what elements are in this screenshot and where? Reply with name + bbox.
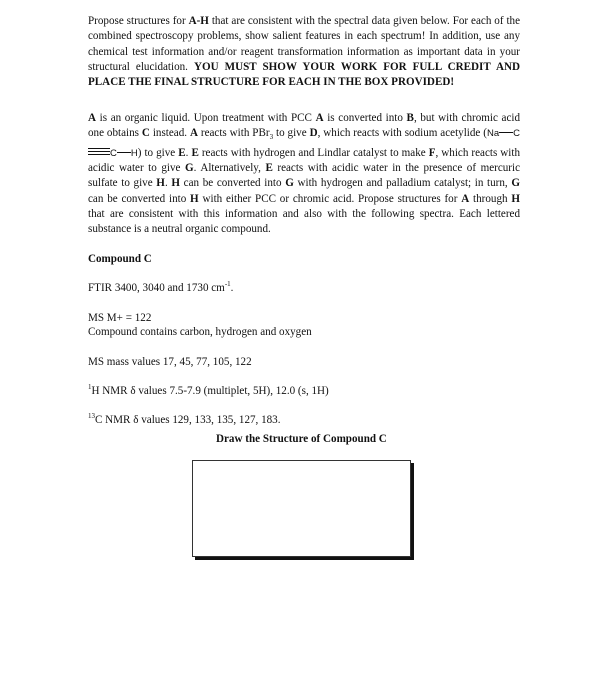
compound-letter: A <box>316 112 324 124</box>
compound-letter: D <box>310 127 318 139</box>
compound-letter: G <box>511 177 520 189</box>
ftir-text: FTIR 3400, 3040 and 1730 cm <box>88 282 225 294</box>
problem-text: ) to give <box>138 147 178 159</box>
c-nmr-line: 13C NMR δ values 129, 133, 135, 127, 183… <box>88 413 281 428</box>
h-nmr-text: H NMR δ values 7.5-7.9 (multiplet, 5H), … <box>92 385 329 397</box>
triple-bond <box>88 148 110 155</box>
problem-text: can be converted into <box>88 193 190 205</box>
h-nmr-line: 1H NMR δ values 7.5-7.9 (multiplet, 5H),… <box>88 384 329 399</box>
problem-paragraph: A is an organic liquid. Upon treatment w… <box>88 111 520 238</box>
single-bond <box>499 132 513 133</box>
ftir-line: FTIR 3400, 3040 and 1730 cm-1. <box>88 281 233 296</box>
c-nmr-text: C NMR δ values 129, 133, 135, 127, 183. <box>95 414 281 426</box>
intro-text: Propose structures for <box>88 15 189 27</box>
compound-letter: A <box>190 127 198 139</box>
compound-heading: Compound C <box>88 252 152 267</box>
compound-letter: G <box>185 162 194 174</box>
problem-text: can be converted into <box>180 177 285 189</box>
compound-letter: E <box>191 147 198 159</box>
ftir-suffix: . <box>231 282 234 294</box>
compound-range: A-H <box>189 15 209 27</box>
problem-text: , which reacts with sodium acetylide ( <box>318 127 487 139</box>
compound-letter: H <box>511 193 520 205</box>
composition-line: Compound contains carbon, hydrogen and o… <box>88 325 312 340</box>
problem-text: with hydrogen and palladium catalyst; in… <box>294 177 512 189</box>
compound-letter: E <box>265 162 272 174</box>
problem-text: through <box>469 193 511 205</box>
problem-text: with either PCC or chromic acid. Propose… <box>199 193 462 205</box>
compound-letter: G <box>285 177 294 189</box>
ms-line: MS M+ = 122 <box>88 311 151 326</box>
problem-text: . Alternatively, <box>194 162 266 174</box>
compound-letter: C <box>142 127 150 139</box>
problem-text: that are consistent with this informatio… <box>88 208 520 235</box>
answer-box-title: Draw the Structure of Compound C <box>216 433 387 445</box>
problem-text: to give <box>273 127 309 139</box>
c-nmr-superscript: 13 <box>88 412 95 420</box>
ms-mass-line: MS mass values 17, 45, 77, 105, 122 <box>88 355 252 370</box>
problem-text: is converted into <box>324 112 407 124</box>
problem-text: reacts with PBr <box>198 127 270 139</box>
compound-letter: H <box>171 177 180 189</box>
problem-text: instead. <box>150 127 190 139</box>
problem-text: reacts with hydrogen and Lindlar catalys… <box>199 147 429 159</box>
answer-box[interactable] <box>192 460 411 557</box>
single-bond <box>117 152 131 153</box>
instructions-paragraph: Propose structures for A-H that are cons… <box>88 14 520 90</box>
compound-letter: B <box>407 112 414 124</box>
compound-letter: H <box>190 193 199 205</box>
problem-text: is an organic liquid. Upon treatment wit… <box>96 112 316 124</box>
compound-letter: A <box>88 112 96 124</box>
compound-letter: E <box>178 147 185 159</box>
compound-letter: H <box>156 177 165 189</box>
